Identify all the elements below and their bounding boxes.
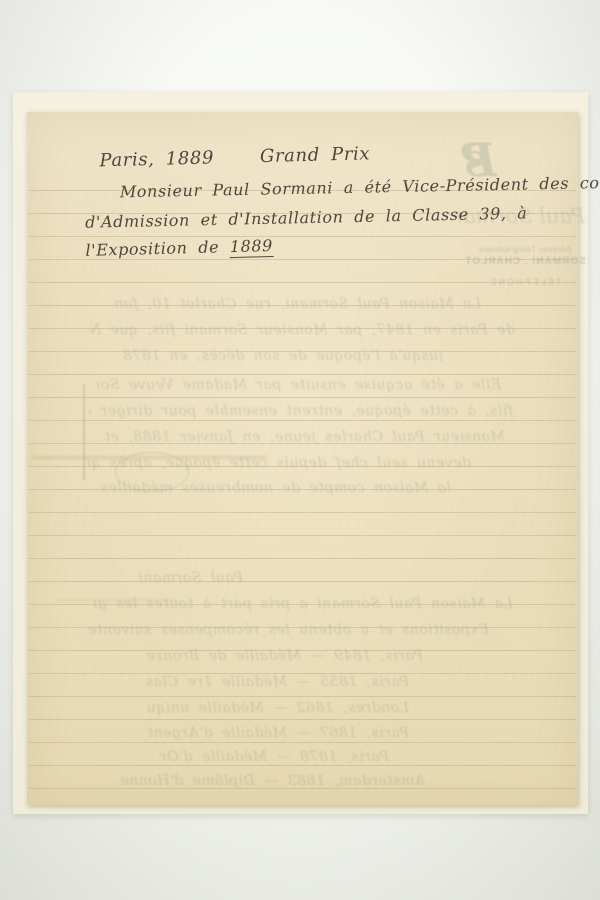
exposition-text: l'Exposition de — [85, 237, 230, 260]
ghost-text-line: de Paris en 1847, par Monsieur Sormani f… — [91, 322, 515, 338]
ghost-vertical-rule — [83, 384, 85, 480]
ghost-telephone-label: TÉLÉPHONE — [460, 277, 590, 287]
ghost-text-line: Paul Sormani — [97, 570, 243, 586]
spacer — [214, 162, 260, 163]
ghost-text-line: Amsterdam, 1883 — Diplôme d'Honneur — [119, 773, 425, 789]
handwriting-line-2: Monsieur Paul Sormani a été Vice-Préside… — [120, 172, 600, 201]
scan-background: PS Paul Sormani Adresse Télégraphique SO… — [0, 0, 600, 900]
underlined-year: 1889 — [230, 236, 274, 258]
ghost-text-line: jusqu'à l'époque de son décès, en 1878 — [107, 348, 443, 364]
ghost-text-line: Paris, 1855 — Médaille 1re Classe — [147, 674, 409, 690]
ghost-text-line: Expositions et a obtenu les récompenses … — [87, 622, 489, 638]
ghost-text-line: fils, à cette époque, entrent ensemble p… — [89, 403, 513, 419]
ghost-text-line: La Maison Paul Sormani, rue Charlot 10, … — [115, 296, 481, 312]
paper-smudge — [57, 599, 177, 601]
handwriting-line-1: Paris, 1889Grand Prix — [99, 143, 370, 171]
ghost-letterhead-name: SORMANI . CHARLOT — [460, 256, 590, 267]
ghost-text-line: Londres, 1862 — Médaille unique — [147, 700, 409, 716]
handwriting-line-4: l'Exposition de 1889 — [85, 236, 273, 260]
ghost-letterhead: Adresse Télégraphique SORMANI . CHARLOT … — [460, 245, 590, 287]
ghost-text-line: Paris, 1878 — Médaille d'Or — [147, 749, 389, 765]
ghost-text-line: Monsieur Paul Charles jeune, en Janvier … — [93, 429, 505, 445]
grand-prix-text: Grand Prix — [260, 143, 371, 167]
ghost-text-line: Elle a été acquise ensuite par Madame Ve… — [97, 377, 501, 393]
date-place-text: Paris, 1889 — [99, 147, 214, 171]
ghost-text-line: Paris, 1849 — Médaille de Bronze — [137, 648, 423, 664]
ghost-telegraph-label: Adresse Télégraphique — [460, 245, 590, 254]
letter-page: PS Paul Sormani Adresse Télégraphique SO… — [27, 112, 578, 805]
paper-smudge — [32, 456, 267, 459]
ghost-text-line: Paris, 1867 — Médaille d'Argent — [147, 725, 409, 741]
